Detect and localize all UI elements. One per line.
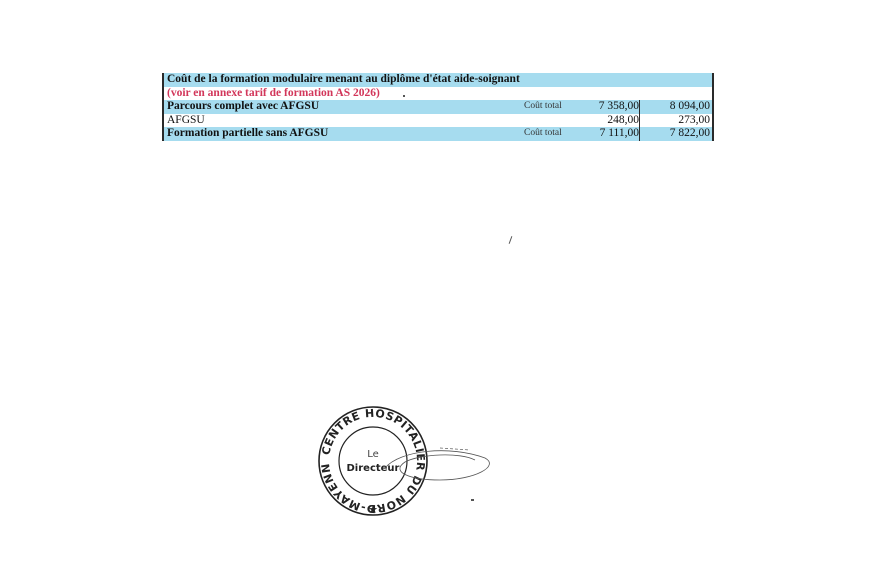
table-row: Parcours complet avec AFGSU Coût total 7…	[164, 100, 712, 114]
table-title-row: Coût de la formation modulaire menant au…	[164, 73, 712, 87]
table-note-row: (voir en annexe tarif de formation AS 20…	[164, 87, 712, 101]
star-icon: ★	[368, 504, 378, 516]
table-row: AFGSU 248,00 273,00	[164, 114, 712, 128]
row-cost-label: Coût total	[524, 127, 562, 141]
stamp-line-1: Le	[367, 449, 379, 460]
table-row: Formation partielle sans AFGSU Coût tota…	[164, 127, 712, 141]
row-value-1: 7 111,00	[569, 127, 639, 141]
row-value-2: 8 094,00	[640, 100, 710, 114]
signature	[380, 440, 495, 490]
table-note: (voir en annexe tarif de formation AS 20…	[167, 87, 380, 101]
row-label: Formation partielle sans AFGSU	[167, 127, 328, 141]
scan-speck	[471, 499, 474, 501]
table-title: Coût de la formation modulaire menant au…	[167, 73, 520, 87]
scan-speck	[403, 95, 405, 97]
row-value-1: 7 358,00	[569, 100, 639, 114]
row-label: Parcours complet avec AFGSU	[167, 100, 319, 114]
row-value-2: 273,00	[640, 114, 710, 128]
row-value-1: 248,00	[569, 114, 639, 128]
column-divider	[639, 100, 640, 141]
cost-table: Coût de la formation modulaire menant au…	[162, 73, 714, 141]
scan-speck	[509, 236, 513, 244]
row-label: AFGSU	[167, 114, 205, 128]
row-value-2: 7 822,00	[640, 127, 710, 141]
row-cost-label: Coût total	[524, 100, 562, 114]
